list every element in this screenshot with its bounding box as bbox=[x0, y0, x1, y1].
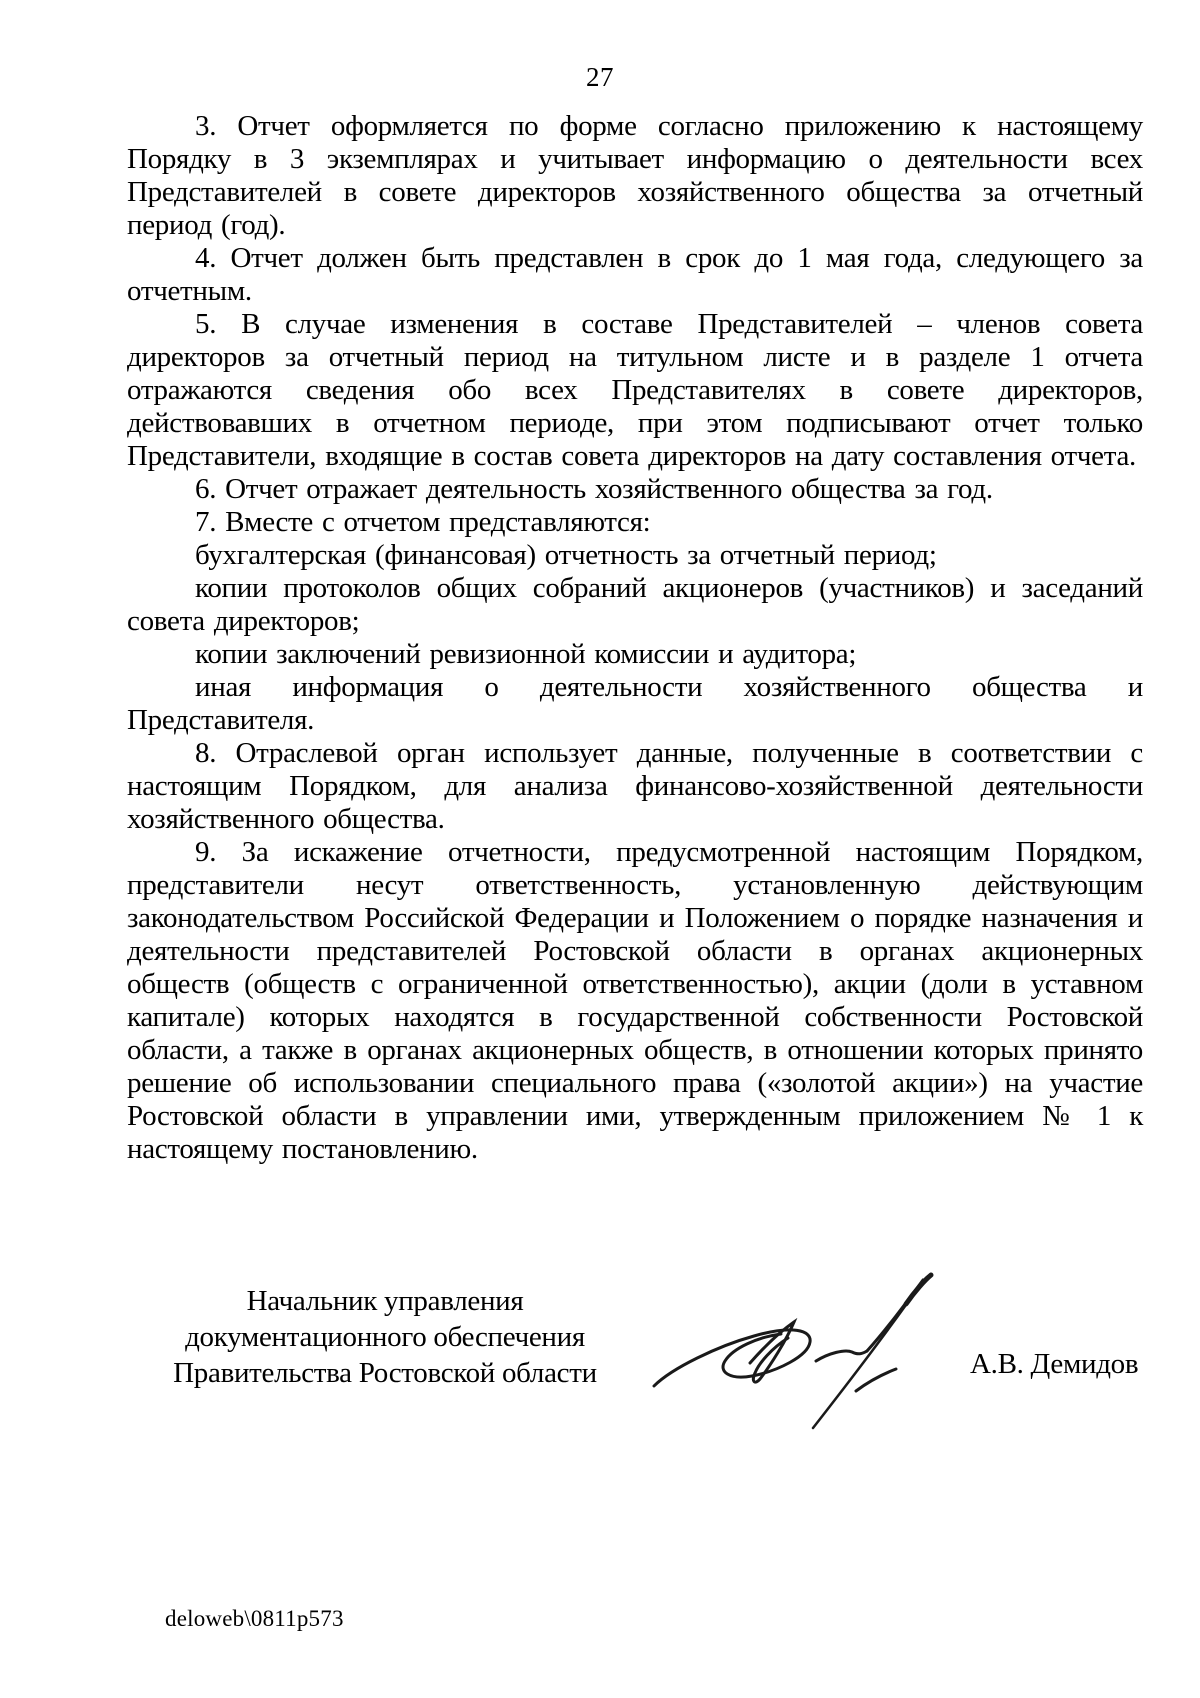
paragraph-7-item-1: бухгалтерская (финансовая) отчетность за… bbox=[127, 539, 1143, 572]
page-number: 27 bbox=[0, 62, 1200, 93]
document-body: 3. Отчет оформляется по форме согласно п… bbox=[127, 110, 1143, 1166]
signer-title-line-3: Правительства Ростовской области bbox=[170, 1355, 600, 1391]
paragraph-5: 5. В случае изменения в составе Представ… bbox=[127, 308, 1143, 473]
signer-title: Начальник управления документационного о… bbox=[170, 1283, 600, 1391]
signature-block: Начальник управления документационного о… bbox=[0, 1283, 1200, 1583]
paragraph-4: 4. Отчет должен быть представлен в срок … bbox=[127, 242, 1143, 308]
paragraph-7: 7. Вместе с отчетом представляются: bbox=[127, 506, 1143, 539]
signer-title-line-2: документационного обеспечения bbox=[170, 1319, 600, 1355]
paragraph-7-item-3: копии заключений ревизионной комиссии и … bbox=[127, 638, 1143, 671]
signer-title-line-1: Начальник управления bbox=[170, 1283, 600, 1319]
paragraph-7-item-4: иная информация о деятельности хозяйстве… bbox=[127, 671, 1143, 737]
paragraph-8: 8. Отраслевой орган использует данные, п… bbox=[127, 737, 1143, 836]
paragraph-3: 3. Отчет оформляется по форме согласно п… bbox=[127, 110, 1143, 242]
paragraph-9: 9. За искажение отчетности, предусмотрен… bbox=[127, 836, 1143, 1166]
document-page: 27 3. Отчет оформляется по форме согласн… bbox=[0, 0, 1200, 1698]
signer-name: А.В. Демидов bbox=[970, 1348, 1138, 1381]
paragraph-7-item-2: копии протоколов общих собраний акционер… bbox=[127, 572, 1143, 638]
paragraph-6: 6. Отчет отражает деятельность хозяйстве… bbox=[127, 473, 1143, 506]
document-code: deloweb\0811p573 bbox=[165, 1606, 344, 1632]
